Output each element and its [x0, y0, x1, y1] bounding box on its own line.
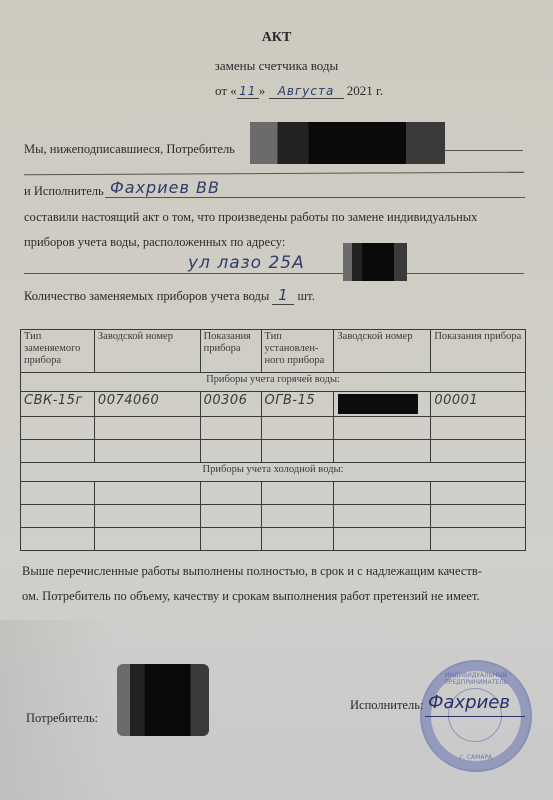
- meters-table: Тип заменяемого прибора Заводской номер …: [20, 329, 526, 551]
- date-mid: »: [259, 83, 266, 98]
- consumer-continuation-line: [24, 172, 524, 176]
- table-row: [21, 482, 526, 505]
- document-title: АКТ: [0, 30, 553, 46]
- address-redacted: [343, 243, 407, 281]
- hot-water-section: Приборы учета горячей воды:: [21, 373, 526, 392]
- header-old-reading: Показания прибора: [200, 330, 261, 373]
- executor-label: и Исполнитель: [24, 184, 104, 199]
- document-subtitle: замены счетчика воды: [0, 58, 553, 74]
- header-new-reading: Показания прибора: [431, 330, 526, 373]
- table-row: СВК-15г 0074060 00306 ОГВ-15 00001: [21, 392, 526, 417]
- date-month: Августа: [269, 84, 344, 99]
- executor-underline: [105, 197, 525, 198]
- cell-new-reading: 00001: [431, 392, 526, 417]
- quantity-value: 1: [272, 286, 294, 305]
- stamp-top-text: ИНДИВИДУАЛЬНЫЙ ПРЕДПРИНИМАТЕЛЬ: [422, 672, 530, 686]
- date-line: от «11» Августа 2021 г.: [215, 83, 383, 99]
- header-new-serial: Заводской номер: [334, 330, 431, 373]
- address-underline: [24, 273, 524, 274]
- consumer-signature-redacted: [117, 664, 209, 736]
- hot-water-section-label: Приборы учета горячей воды:: [21, 373, 526, 392]
- executor-sign-label: Исполнитель:: [350, 698, 423, 713]
- consumer-name-redacted: [250, 122, 445, 164]
- stamp-bottom-text: г. САМАРА: [422, 754, 530, 761]
- closing-line-2: ом. Потребитель по объему, качеству и ср…: [22, 589, 532, 604]
- cold-water-section-label: Приборы учета холодной воды:: [21, 463, 526, 482]
- table-row: [21, 528, 526, 551]
- quantity-unit: шт.: [298, 289, 315, 303]
- consumer-sign-label: Потребитель:: [26, 711, 98, 726]
- quantity-line: Количество заменяемых приборов учета вод…: [24, 286, 315, 305]
- cell-old-type: СВК-15г: [21, 392, 95, 417]
- paper-shadow: [0, 620, 110, 800]
- header-new-type: Тип установлен-ного прибора: [261, 330, 334, 373]
- table-header-row: Тип заменяемого прибора Заводской номер …: [21, 330, 526, 373]
- executor-name: Фахриев ВВ: [110, 178, 220, 197]
- cell-old-reading: 00306: [200, 392, 261, 417]
- header-old-type: Тип заменяемого прибора: [21, 330, 95, 373]
- body-line-1: составили настоящий акт о том, что произ…: [24, 210, 477, 225]
- address-value: ул лазо 25А: [188, 253, 305, 273]
- cell-new-type: ОГВ-15: [261, 392, 334, 417]
- cell-new-serial-redacted: [334, 392, 431, 417]
- quantity-label: Количество заменяемых приборов учета вод…: [24, 289, 269, 303]
- date-prefix: от «: [215, 83, 237, 98]
- closing-line-1: Выше перечисленные работы выполнены полн…: [22, 564, 532, 579]
- executor-signature-stroke: [425, 716, 525, 717]
- body-line-2: приборов учета воды, расположенных по ад…: [24, 235, 285, 250]
- cell-old-serial: 0074060: [94, 392, 200, 417]
- executor-signature: Фахриев: [428, 692, 510, 713]
- table-row: [21, 440, 526, 463]
- header-old-serial: Заводской номер: [94, 330, 200, 373]
- cold-water-section: Приборы учета холодной воды:: [21, 463, 526, 482]
- table-row: [21, 505, 526, 528]
- table-row: [21, 417, 526, 440]
- date-day: 11: [237, 84, 259, 99]
- consumer-label: Мы, нижеподписавшиеся, Потребитель: [24, 142, 235, 157]
- date-year: 2021 г.: [347, 83, 383, 98]
